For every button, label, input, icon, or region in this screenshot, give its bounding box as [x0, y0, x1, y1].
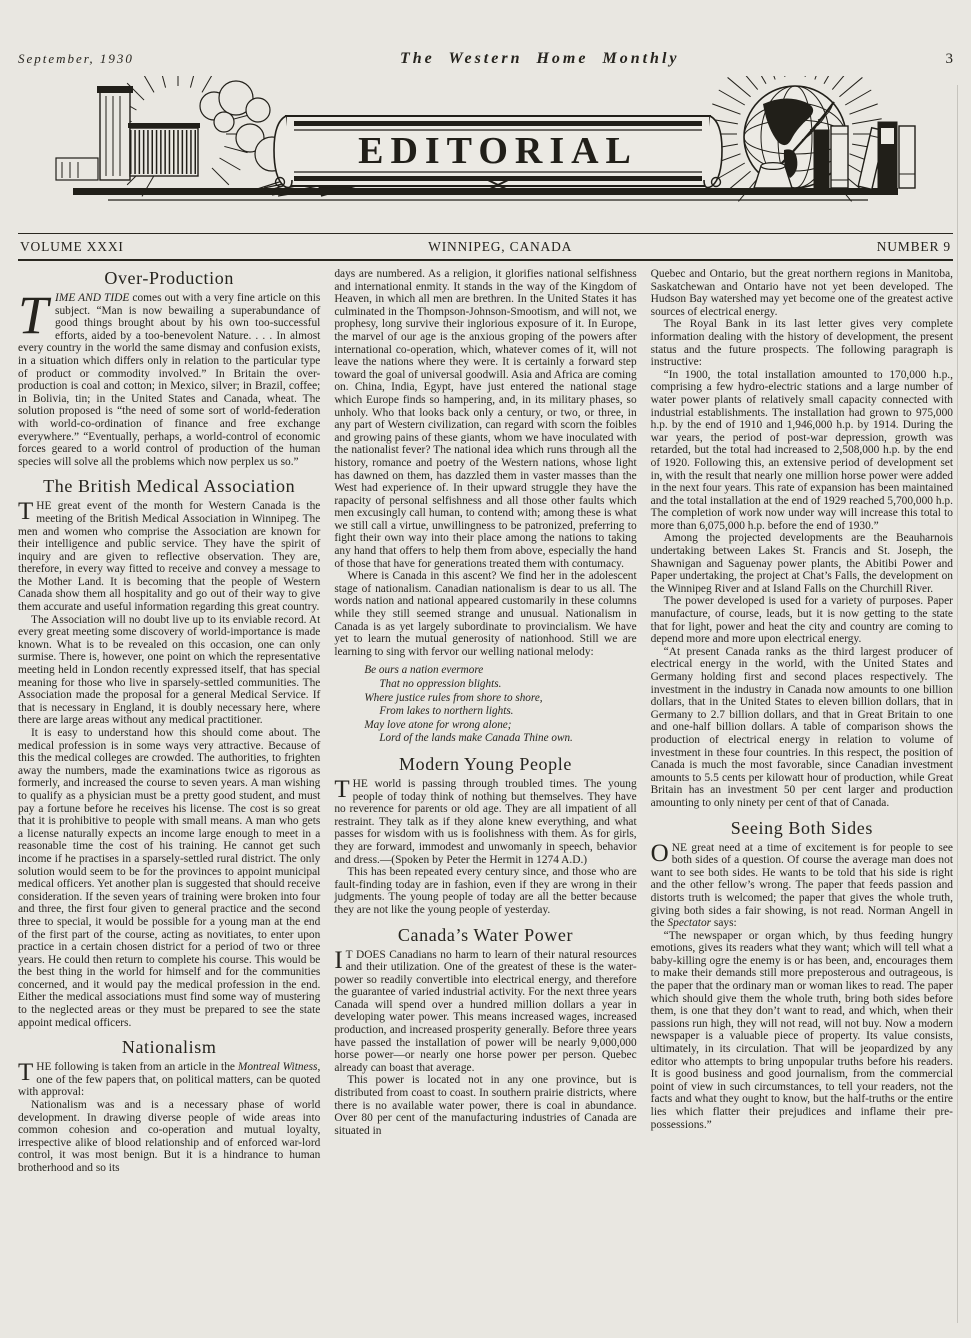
editorial-scroll: EDITORIAL [274, 116, 722, 191]
section-heading: Over-Production [18, 268, 320, 289]
editorial-banner-illustration: EDITORIAL [18, 76, 953, 224]
column-1: Over-ProductionTIME AND TIDE comes out w… [18, 268, 320, 1175]
issue-date: September, 1930 [18, 51, 134, 67]
paragraph: Among the projected developments are the… [651, 532, 953, 595]
column-3: Quebec and Ontario, but the great northe… [651, 268, 953, 1175]
paragraph: THE great event of the month for Western… [18, 500, 320, 613]
poem-line: Lord of the lands make Canada Thine own. [364, 732, 636, 746]
dropcap-letter: T [18, 1062, 33, 1083]
page-number: 3 [946, 51, 954, 68]
books-illustration [814, 122, 915, 189]
paragraph: This power is located not in any one pro… [334, 1074, 636, 1137]
paragraph: ONE great need at a time of excitement i… [651, 842, 953, 930]
poem-line: From lakes to northern lights. [364, 705, 636, 719]
masthead: September, 1930 The Western Home Monthly… [18, 50, 953, 68]
poem-line: May love atone for wrong alone; [364, 719, 636, 733]
dropcap-letter: T [18, 501, 33, 522]
banner-baseline-bar [73, 188, 898, 195]
paragraph: THE following is taken from an article i… [18, 1061, 320, 1099]
column-2: days are numbered. As a religion, it glo… [334, 268, 636, 1175]
section-heading: Canada’s Water Power [334, 925, 636, 946]
poem-line: That no oppression blights. [364, 678, 636, 692]
editorial-banner: EDITORIAL [18, 76, 953, 229]
paragraph: “At present Canada ranks as the third la… [651, 646, 953, 810]
anthem-poem: Be ours a nation evermoreThat no oppress… [364, 664, 636, 746]
paragraph: This has been repeated every century sin… [334, 866, 636, 916]
paragraph: The Association will no doubt live up to… [18, 614, 320, 727]
dropcap-letter: T [334, 779, 349, 800]
paragraph: “In 1900, the total installation amounte… [651, 369, 953, 533]
paragraph: The power developed is used for a variet… [651, 595, 953, 645]
city-label: WINNIPEG, CANADA [428, 239, 572, 255]
factory-illustration [56, 81, 289, 180]
paragraph: It is easy to understand how this should… [18, 727, 320, 1029]
paragraph: THE world is passing through troubled ti… [334, 778, 636, 866]
volume-label: VOLUME XXXI [20, 239, 124, 255]
paragraph: Nationalism was and is a necessary phase… [18, 1099, 320, 1175]
paragraph: days are numbered. As a religion, it glo… [334, 268, 636, 570]
section-heading: Nationalism [18, 1037, 320, 1058]
dropcap-letter: O [651, 843, 669, 864]
magazine-page: September, 1930 The Western Home Monthly… [0, 0, 971, 1338]
section-heading: Modern Young People [334, 754, 636, 775]
number-label: NUMBER 9 [877, 239, 951, 255]
banner-title-text: EDITORIAL [358, 130, 638, 172]
dropcap-letter: T [18, 295, 48, 335]
dropcap-letter: I [334, 950, 342, 971]
paragraph: IT DOES Canadians no harm to learn of th… [334, 949, 636, 1075]
paragraph: “The newspaper or organ which, by thus f… [651, 930, 953, 1132]
page-edge-shadow [957, 85, 958, 1323]
volume-row: VOLUME XXXI WINNIPEG, CANADA NUMBER 9 [18, 233, 953, 261]
paragraph: Quebec and Ontario, but the great northe… [651, 268, 953, 318]
section-heading: The British Medical Association [18, 476, 320, 497]
section-heading: Seeing Both Sides [651, 818, 953, 839]
paragraph: The Royal Bank in its last letter gives … [651, 318, 953, 368]
editorial-columns: Over-ProductionTIME AND TIDE comes out w… [18, 268, 953, 1175]
poem-line: Where justice rules from shore to shore, [364, 692, 636, 706]
poem-line: Be ours a nation evermore [364, 664, 636, 678]
paragraph: TIME AND TIDE comes out with a very fine… [18, 292, 320, 468]
paragraph: Where is Canada in this ascent? We find … [334, 570, 636, 658]
magazine-title: The Western Home Monthly [400, 50, 680, 68]
